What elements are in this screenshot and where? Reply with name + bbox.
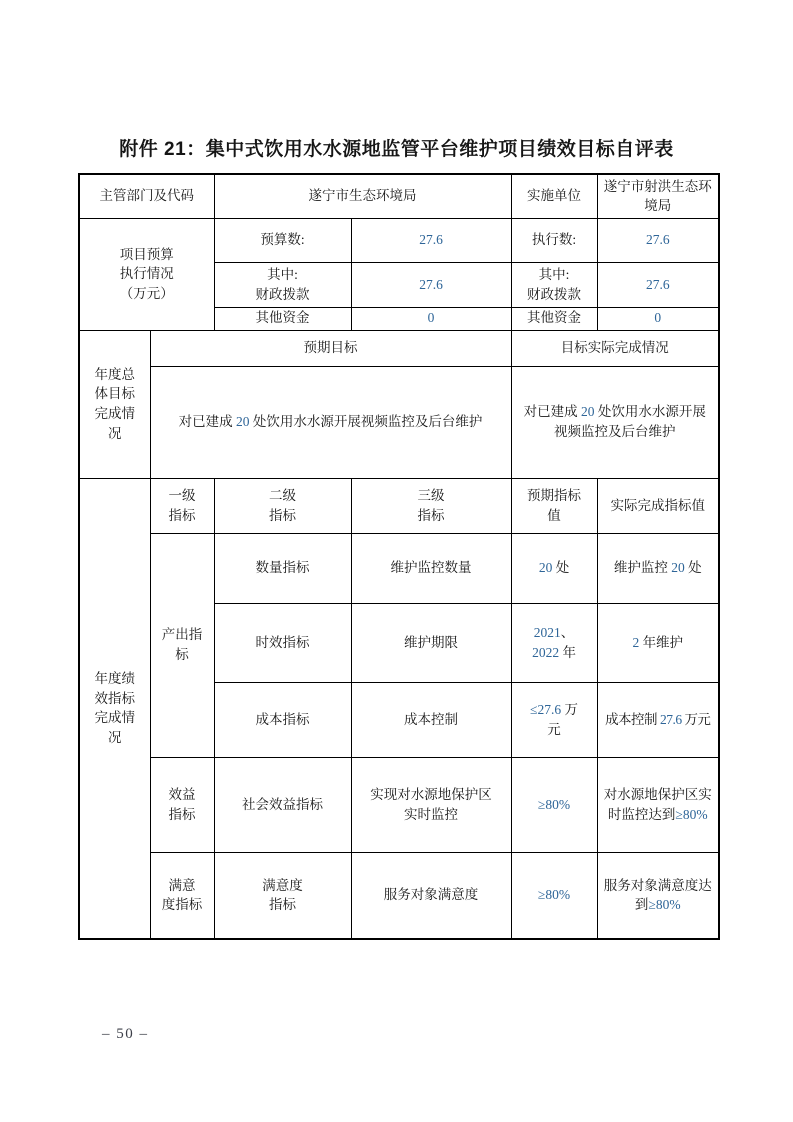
level3-cell: 维护监控数量	[351, 533, 511, 603]
expected-value-cell: ≤27.6 万 元	[511, 682, 597, 757]
indicator-row: 效益 指标 社会效益指标 实现对水源地保护区 实时监控 ≥80% 对水源地保护区…	[79, 757, 719, 852]
level1-cell: 效益 指标	[150, 757, 214, 852]
actual-value-cell: 对水源地保护区实 时监控达到≥80%	[597, 757, 719, 852]
exec-label-cell: 其中: 财政拨款	[511, 262, 597, 307]
page-number: – 50 –	[102, 1026, 149, 1043]
indicator-row: 满意 度指标 满意度 指标 服务对象满意度 ≥80% 服务对象满意度达 到≥80…	[79, 852, 719, 939]
actual-value-cell: 2 年维护	[597, 603, 719, 682]
impl-unit-value-cell: 遂宁市射洪生态环 境局	[597, 174, 719, 218]
exec-value-cell: 27.6	[597, 218, 719, 262]
performance-self-evaluation-table: 主管部门及代码 遂宁市生态环境局 实施单位 遂宁市射洪生态环 境局 项目预算 执…	[78, 173, 720, 940]
indicator-row: 产出指 标 数量指标 维护监控数量 20 处 维护监控 20 处	[79, 533, 719, 603]
level3-cell: 实现对水源地保护区 实时监控	[351, 757, 511, 852]
budget-label-cell: 其中: 财政拨款	[214, 262, 351, 307]
actual-value-cell: 维护监控 20 处	[597, 533, 719, 603]
level1-cell: 满意 度指标	[150, 852, 214, 939]
actual-goal-header-cell: 目标实际完成情况	[511, 330, 719, 366]
exec-label-cell: 执行数:	[511, 218, 597, 262]
level3-cell: 服务对象满意度	[351, 852, 511, 939]
level1-header-cell: 一级 指标	[150, 478, 214, 533]
level3-cell: 维护期限	[351, 603, 511, 682]
exec-value-cell: 27.6	[597, 262, 719, 307]
table-row: 对已建成 20 处饮用水水源开展视频监控及后台维护 对已建成 20 处饮用水水源…	[79, 366, 719, 478]
annual-goal-section-label-cell: 年度总 体目标 完成情 况	[79, 330, 150, 478]
table-row: 年度绩 效指标 完成情 况 一级 指标 二级 指标 三级 指标 预期指标 值 实…	[79, 478, 719, 533]
level2-header-cell: 二级 指标	[214, 478, 351, 533]
expected-goal-header-cell: 预期目标	[150, 330, 511, 366]
budget-value-cell: 27.6	[351, 218, 511, 262]
dept-code-value-cell: 遂宁市生态环境局	[214, 174, 511, 218]
budget-value-cell: 0	[351, 307, 511, 330]
budget-value-cell: 27.6	[351, 262, 511, 307]
expected-header-cell: 预期指标 值	[511, 478, 597, 533]
budget-section-label-cell: 项目预算 执行情况 （万元）	[79, 218, 214, 330]
impl-unit-label-cell: 实施单位	[511, 174, 597, 218]
actual-goal-cell: 对已建成 20 处饮用水水源开展 视频监控及后台维护	[511, 366, 719, 478]
expected-goal-cell: 对已建成 20 处饮用水水源开展视频监控及后台维护	[150, 366, 511, 478]
level2-cell: 数量指标	[214, 533, 351, 603]
level3-header-cell: 三级 指标	[351, 478, 511, 533]
level2-cell: 社会效益指标	[214, 757, 351, 852]
level2-cell: 满意度 指标	[214, 852, 351, 939]
dept-code-label-cell: 主管部门及代码	[79, 174, 214, 218]
budget-label-cell: 其他资金	[214, 307, 351, 330]
actual-header-cell: 实际完成指标值	[597, 478, 719, 533]
actual-value-cell: 服务对象满意度达 到≥80%	[597, 852, 719, 939]
table-row: 主管部门及代码 遂宁市生态环境局 实施单位 遂宁市射洪生态环 境局	[79, 174, 719, 218]
expected-value-cell: ≥80%	[511, 852, 597, 939]
table-row: 项目预算 执行情况 （万元） 预算数: 27.6 执行数: 27.6	[79, 218, 719, 262]
level2-cell: 时效指标	[214, 603, 351, 682]
exec-value-cell: 0	[597, 307, 719, 330]
level2-cell: 成本指标	[214, 682, 351, 757]
document-page: 附件 21：集中式饮用水水源地监管平台维护项目绩效目标自评表 主管部门及代码 遂…	[0, 0, 793, 1122]
expected-value-cell: ≥80%	[511, 757, 597, 852]
level3-cell: 成本控制	[351, 682, 511, 757]
expected-value-cell: 20 处	[511, 533, 597, 603]
actual-value-cell: 成本控制 27.6 万元	[597, 682, 719, 757]
attachment-title: 附件 21：集中式饮用水水源地监管平台维护项目绩效目标自评表	[0, 134, 793, 161]
level1-cell: 产出指 标	[150, 533, 214, 757]
budget-label-cell: 预算数:	[214, 218, 351, 262]
expected-value-cell: 2021、 2022 年	[511, 603, 597, 682]
exec-label-cell: 其他资金	[511, 307, 597, 330]
table-row: 年度总 体目标 完成情 况 预期目标 目标实际完成情况	[79, 330, 719, 366]
indicators-section-label-cell: 年度绩 效指标 完成情 况	[79, 478, 150, 939]
